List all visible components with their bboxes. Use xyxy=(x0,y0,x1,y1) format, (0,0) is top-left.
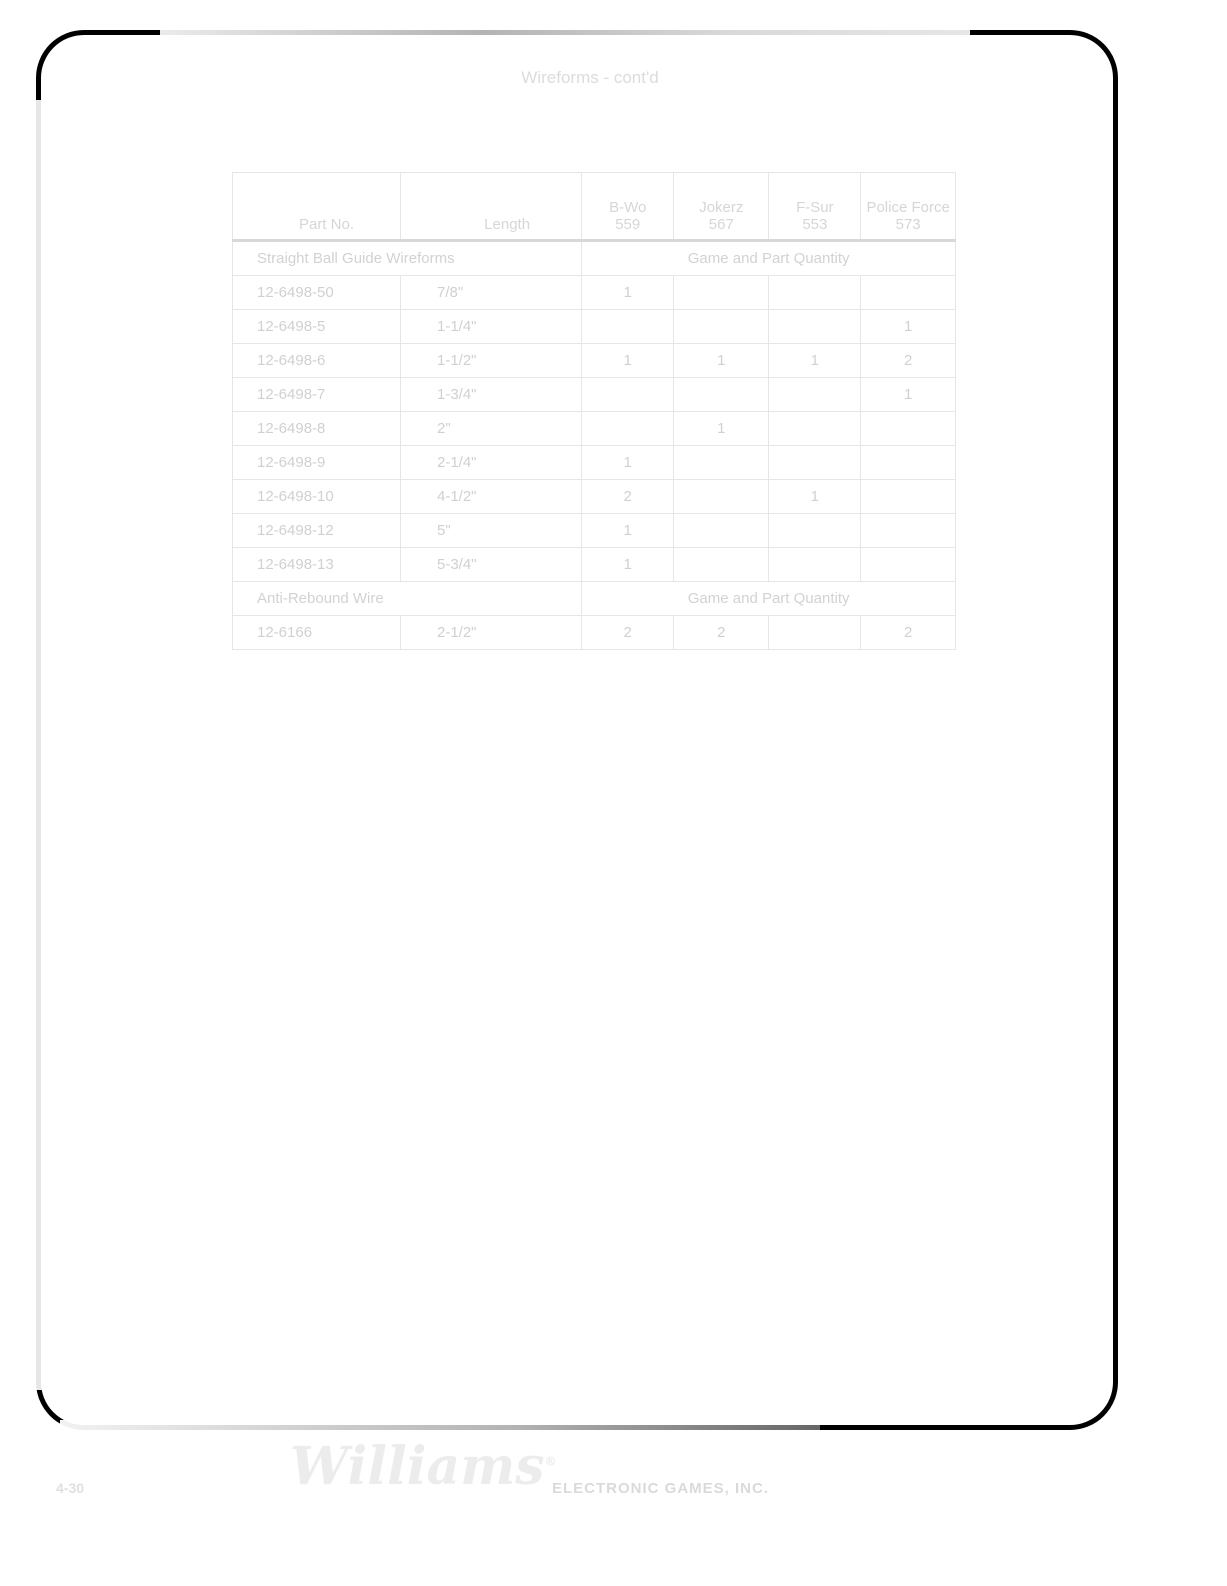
quantity-cell xyxy=(674,310,769,344)
quantity-cell: 1 xyxy=(769,480,861,514)
header-length: Length xyxy=(400,173,581,241)
quantity-cell xyxy=(769,412,861,446)
table-row: 12-6498-71-3/4"1 xyxy=(233,378,956,412)
quantity-cell xyxy=(674,276,769,310)
quantity-cell xyxy=(861,548,956,582)
part-number: 12-6498-12 xyxy=(233,514,401,548)
quantity-cell xyxy=(861,412,956,446)
page-number: 4-30 xyxy=(56,1480,84,1496)
part-length: 5-3/4" xyxy=(400,548,581,582)
border-fade xyxy=(28,100,44,1390)
border-fade xyxy=(160,22,970,38)
part-number: 12-6498-13 xyxy=(233,548,401,582)
section-qty-label: Game and Part Quantity xyxy=(582,582,956,616)
table-row: 12-6498-51-1/4"1 xyxy=(233,310,956,344)
part-length: 7/8" xyxy=(400,276,581,310)
header-game: B-Wo559 xyxy=(582,173,674,241)
quantity-cell: 1 xyxy=(582,276,674,310)
quantity-cell: 1 xyxy=(582,514,674,548)
quantity-cell: 2 xyxy=(582,616,674,650)
part-length: 2-1/2" xyxy=(400,616,581,650)
table-row: 12-6498-92-1/4"1 xyxy=(233,446,956,480)
table-row: 12-6498-507/8"1 xyxy=(233,276,956,310)
table-row: 12-61662-1/2"222 xyxy=(233,616,956,650)
header-game: Police Force573 xyxy=(861,173,956,241)
part-number: 12-6166 xyxy=(233,616,401,650)
table-row: 12-6498-135-3/4"1 xyxy=(233,548,956,582)
quantity-cell: 1 xyxy=(769,344,861,378)
quantity-cell: 2 xyxy=(674,616,769,650)
quantity-cell: 1 xyxy=(674,412,769,446)
quantity-cell xyxy=(582,378,674,412)
part-length: 4-1/2" xyxy=(400,480,581,514)
quantity-cell: 1 xyxy=(861,378,956,412)
page-title: Wireforms - cont'd xyxy=(0,68,1180,88)
quantity-cell: 1 xyxy=(861,310,956,344)
quantity-cell xyxy=(769,276,861,310)
quantity-cell: 1 xyxy=(674,344,769,378)
part-length: 1-1/4" xyxy=(400,310,581,344)
section-header-row: Straight Ball Guide WireformsGame and Pa… xyxy=(233,241,956,276)
quantity-cell xyxy=(769,616,861,650)
quantity-cell xyxy=(582,310,674,344)
williams-logo: Williams® xyxy=(290,1436,557,1497)
part-length: 5" xyxy=(400,514,581,548)
table-row: 12-6498-82"1 xyxy=(233,412,956,446)
header-game: F-Sur553 xyxy=(769,173,861,241)
quantity-cell: 2 xyxy=(861,616,956,650)
quantity-cell xyxy=(674,548,769,582)
header-part-no: Part No. xyxy=(233,173,401,241)
quantity-cell xyxy=(861,480,956,514)
part-length: 1-3/4" xyxy=(400,378,581,412)
table-row: 12-6498-61-1/2"1112 xyxy=(233,344,956,378)
border-fade xyxy=(60,1420,820,1436)
part-number: 12-6498-7 xyxy=(233,378,401,412)
quantity-cell xyxy=(769,446,861,480)
quantity-cell xyxy=(769,310,861,344)
part-length: 2-1/4" xyxy=(400,446,581,480)
quantity-cell xyxy=(674,514,769,548)
quantity-cell: 1 xyxy=(582,548,674,582)
part-number: 12-6498-10 xyxy=(233,480,401,514)
quantity-cell xyxy=(674,480,769,514)
part-length: 1-1/2" xyxy=(400,344,581,378)
quantity-cell xyxy=(674,378,769,412)
quantity-cell: 2 xyxy=(582,480,674,514)
wireforms-table: Part No. Length B-Wo559 Jokerz567 F-Sur5… xyxy=(232,172,956,650)
quantity-cell xyxy=(674,446,769,480)
quantity-cell xyxy=(861,514,956,548)
quantity-cell xyxy=(861,276,956,310)
header-game: Jokerz567 xyxy=(674,173,769,241)
table-row: 12-6498-125"1 xyxy=(233,514,956,548)
quantity-cell xyxy=(582,412,674,446)
section-qty-label: Game and Part Quantity xyxy=(582,241,956,276)
quantity-cell xyxy=(769,514,861,548)
section-label: Anti-Rebound Wire xyxy=(233,582,582,616)
part-number: 12-6498-5 xyxy=(233,310,401,344)
table-header-row: Part No. Length B-Wo559 Jokerz567 F-Sur5… xyxy=(233,173,956,241)
part-length: 2" xyxy=(400,412,581,446)
quantity-cell: 1 xyxy=(582,344,674,378)
quantity-cell: 1 xyxy=(582,446,674,480)
part-number: 12-6498-8 xyxy=(233,412,401,446)
quantity-cell xyxy=(861,446,956,480)
quantity-cell xyxy=(769,548,861,582)
company-name: ELECTRONIC GAMES, INC. xyxy=(552,1480,769,1497)
part-number: 12-6498-6 xyxy=(233,344,401,378)
quantity-cell xyxy=(769,378,861,412)
quantity-cell: 2 xyxy=(861,344,956,378)
section-label: Straight Ball Guide Wireforms xyxy=(233,241,582,276)
table-row: 12-6498-104-1/2"21 xyxy=(233,480,956,514)
section-header-row: Anti-Rebound WireGame and Part Quantity xyxy=(233,582,956,616)
part-number: 12-6498-50 xyxy=(233,276,401,310)
part-number: 12-6498-9 xyxy=(233,446,401,480)
